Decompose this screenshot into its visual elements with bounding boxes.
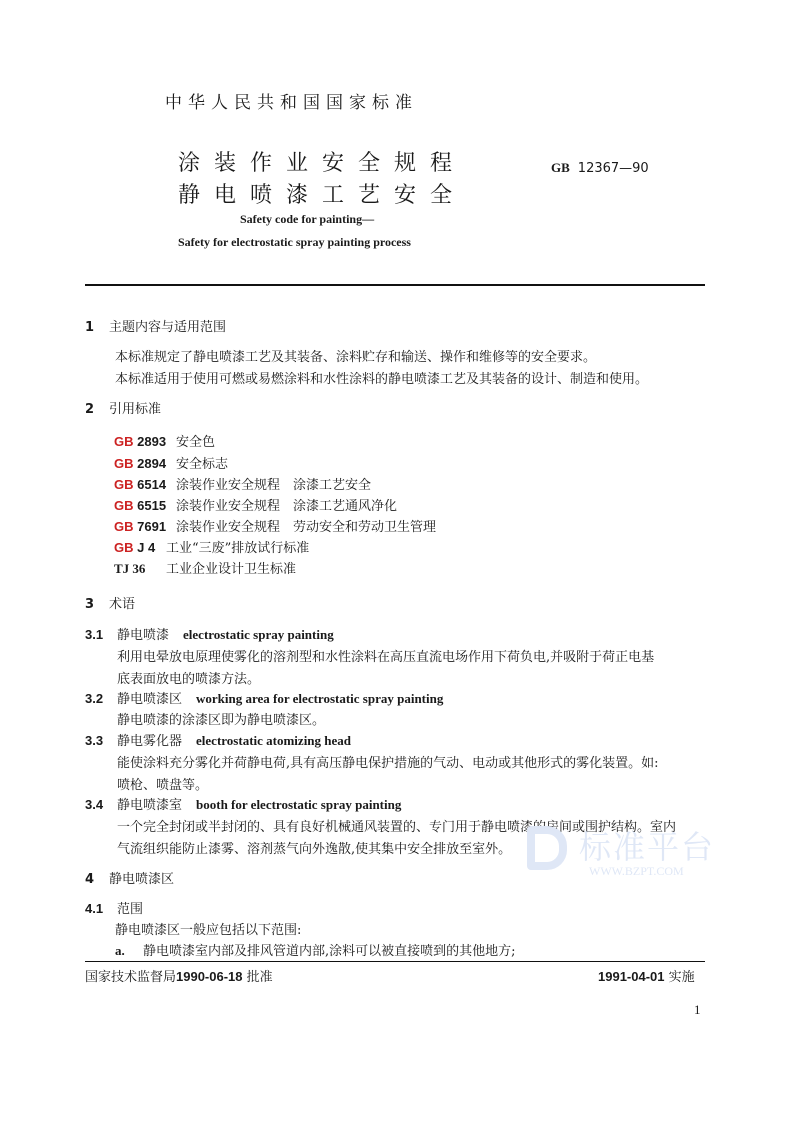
list-item-a: a.静电喷漆室内部及排风管道内部,涂料可以被直接喷到的其他地方; bbox=[115, 940, 516, 959]
section-number: 4 bbox=[85, 872, 109, 887]
section-number: 2 bbox=[85, 402, 109, 417]
footer-divider bbox=[85, 961, 705, 962]
term-heading: 3.4静电喷漆室booth for electrostatic spray pa… bbox=[85, 794, 401, 813]
reference-item: GB 6514涂装作业安全规程 涂漆工艺安全 bbox=[114, 474, 371, 493]
subsection-heading: 4.1范围 bbox=[85, 898, 143, 917]
reference-item: GB J 4工业“三废”排放试行标准 bbox=[114, 537, 309, 556]
term-definition: 静电喷漆的涂漆区即为静电喷漆区。 bbox=[117, 709, 325, 728]
watermark-logo-icon bbox=[527, 826, 567, 870]
standard-code: GB12367—90 bbox=[551, 160, 649, 176]
reference-item: TJ 36工业企业设计卫生标准 bbox=[114, 558, 296, 577]
section-title: 主题内容与适用范围 bbox=[109, 320, 226, 335]
reference-item: GB 6515涂装作业安全规程 涂漆工艺通风净化 bbox=[114, 495, 397, 514]
term-heading: 3.2静电喷漆区working area for electrostatic s… bbox=[85, 688, 443, 707]
document-title-line2: 静电喷漆工艺安全 bbox=[178, 178, 466, 209]
term-heading: 3.1静电喷漆electrostatic spray painting bbox=[85, 624, 334, 643]
term-heading: 3.3静电雾化器electrostatic atomizing head bbox=[85, 730, 351, 749]
section-number: 3 bbox=[85, 597, 109, 612]
reference-item: GB 7691涂装作业安全规程 劳动安全和劳动卫生管理 bbox=[114, 516, 436, 535]
header-divider bbox=[85, 284, 705, 286]
reference-item: GB 2893安全色 bbox=[114, 431, 215, 450]
section-2-heading: 2引用标准 bbox=[85, 398, 161, 417]
section-4-heading: 4静电喷漆区 bbox=[85, 868, 174, 887]
standard-code-number: 12367—90 bbox=[578, 161, 649, 176]
watermark-text: 标准平台 bbox=[579, 822, 715, 868]
term-definition: 底表面放电的喷漆方法。 bbox=[117, 668, 260, 687]
approval-info: 国家技术监督局1990-06-18 批准 bbox=[85, 966, 273, 985]
english-title-line2: Safety for electrostatic spray painting … bbox=[178, 235, 411, 250]
effective-info: 1991-04-01 实施 bbox=[598, 966, 695, 985]
section-title: 引用标准 bbox=[109, 402, 161, 417]
document-title-line1: 涂装作业安全规程 bbox=[178, 146, 466, 177]
page-number: 1 bbox=[694, 1002, 701, 1018]
term-definition: 喷枪、喷盘等。 bbox=[117, 774, 208, 793]
english-title-line1: Safety code for painting— bbox=[240, 212, 374, 227]
subsection-intro: 静电喷漆区一般应包括以下范围: bbox=[115, 919, 301, 938]
section-number: 1 bbox=[85, 320, 109, 335]
section-title: 静电喷漆区 bbox=[109, 872, 174, 887]
term-definition: 气流组织能防止漆雾、溶剂蒸气向外逸散,使其集中安全排放至室外。 bbox=[117, 838, 511, 857]
section-title: 术语 bbox=[109, 597, 135, 612]
standard-code-prefix: GB bbox=[551, 160, 570, 175]
national-standard-label: 中华人民共和国国家标准 bbox=[165, 88, 418, 113]
section-3-heading: 3术语 bbox=[85, 593, 135, 612]
section-1-paragraph: 本标准规定了静电喷漆工艺及其装备、涂料贮存和输送、操作和维修等的安全要求。 bbox=[115, 346, 596, 365]
watermark-url: WWW.BZPT.COM bbox=[589, 864, 684, 879]
reference-item: GB 2894安全标志 bbox=[114, 453, 228, 472]
term-definition: 利用电晕放电原理使雾化的溶剂型和水性涂料在高压直流电场作用下荷负电,并吸附于荷正… bbox=[117, 646, 654, 665]
section-1-paragraph: 本标准适用于使用可燃或易燃涂料和水性涂料的静电喷漆工艺及其装备的设计、制造和使用… bbox=[115, 368, 648, 387]
term-definition: 能使涂料充分雾化并荷静电荷,具有高压静电保护措施的气动、电动或其他形式的雾化装置… bbox=[117, 752, 659, 771]
section-1-heading: 1主题内容与适用范围 bbox=[85, 316, 226, 335]
